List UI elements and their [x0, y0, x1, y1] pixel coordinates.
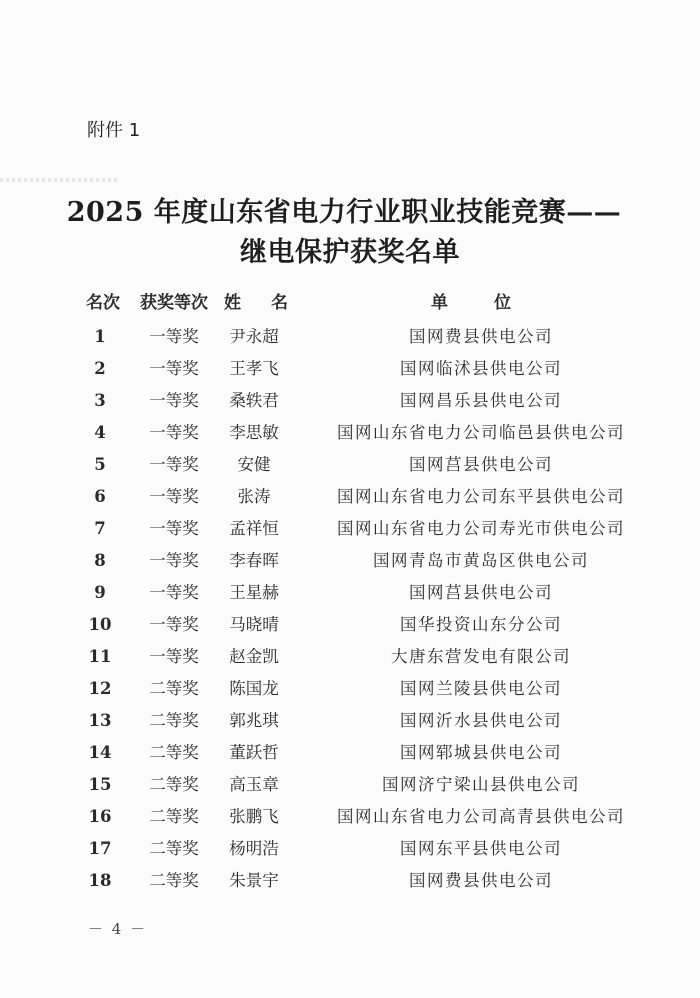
rank-cell: 13 [70, 706, 130, 736]
level-cell: 二等奖 [128, 706, 220, 736]
scan-artifact [0, 178, 120, 182]
name-cell: 马晓晴 [214, 610, 294, 640]
header-name: 姓 名 [214, 288, 302, 318]
table-body: 1一等奖尹永超国网费县供电公司2一等奖王孝飞国网临沭县供电公司3一等奖桑轶君国网… [0, 322, 700, 898]
name-cell: 孟祥恒 [214, 514, 294, 544]
rank-cell: 17 [70, 834, 130, 864]
rank-cell: 5 [70, 450, 130, 480]
name-cell: 李春晖 [214, 546, 294, 576]
name-cell: 陈国龙 [214, 674, 294, 704]
rank-cell: 2 [70, 354, 130, 384]
table-row: 18二等奖朱景宇国网费县供电公司 [0, 866, 700, 898]
unit-cell: 国网临沭县供电公司 [320, 354, 642, 384]
table-row: 5一等奖安健国网莒县供电公司 [0, 450, 700, 482]
attachment-label: 附件 1 [87, 116, 140, 142]
table-row: 11一等奖赵金凯大唐东营发电有限公司 [0, 642, 700, 674]
level-cell: 一等奖 [128, 450, 220, 480]
table-row: 7一等奖孟祥恒国网山东省电力公司寿光市供电公司 [0, 514, 700, 546]
rank-cell: 7 [70, 514, 130, 544]
level-cell: 二等奖 [128, 770, 220, 800]
rank-cell: 1 [70, 322, 130, 352]
unit-cell: 国网青岛市黄岛区供电公司 [320, 546, 642, 576]
level-cell: 一等奖 [128, 546, 220, 576]
header-unit: 单 位 [320, 288, 642, 318]
rank-cell: 16 [70, 802, 130, 832]
table-header: 名次 获奖等次 姓 名 单 位 [0, 288, 700, 322]
unit-cell: 国网莒县供电公司 [320, 578, 642, 608]
table-row: 13二等奖郭兆琪国网沂水县供电公司 [0, 706, 700, 738]
unit-cell: 国网郓城县供电公司 [320, 738, 642, 768]
rank-cell: 4 [70, 418, 130, 448]
name-cell: 王孝飞 [214, 354, 294, 384]
level-cell: 二等奖 [128, 738, 220, 768]
table-row: 14二等奖董跃哲国网郓城县供电公司 [0, 738, 700, 770]
name-cell: 张涛 [214, 482, 294, 512]
rank-cell: 11 [70, 642, 130, 672]
name-cell: 赵金凯 [214, 642, 294, 672]
level-cell: 一等奖 [128, 482, 220, 512]
level-cell: 一等奖 [128, 610, 220, 640]
name-cell: 杨明浩 [214, 834, 294, 864]
name-cell: 张鹏飞 [214, 802, 294, 832]
level-cell: 一等奖 [128, 642, 220, 672]
table-row: 1一等奖尹永超国网费县供电公司 [0, 322, 700, 354]
level-cell: 二等奖 [128, 866, 220, 896]
unit-cell: 国网兰陵县供电公司 [320, 674, 642, 704]
rank-cell: 18 [70, 866, 130, 896]
table-row: 15二等奖高玉章国网济宁梁山县供电公司 [0, 770, 700, 802]
table-row: 17二等奖杨明浩国网东平县供电公司 [0, 834, 700, 866]
level-cell: 二等奖 [128, 834, 220, 864]
table-row: 6一等奖张涛国网山东省电力公司东平县供电公司 [0, 482, 700, 514]
name-cell: 桑轶君 [214, 386, 294, 416]
unit-cell: 国网昌乐县供电公司 [320, 386, 642, 416]
document-title-line2: 继电保护获奖名单 [0, 230, 700, 269]
unit-cell: 国网东平县供电公司 [320, 834, 642, 864]
name-cell: 王星赫 [214, 578, 294, 608]
document-title-line1: 2025 年度山东省电力行业职业技能竞赛—— [0, 190, 694, 229]
unit-cell: 国网山东省电力公司东平县供电公司 [320, 482, 642, 512]
table-row: 2一等奖王孝飞国网临沭县供电公司 [0, 354, 700, 386]
rank-cell: 8 [70, 546, 130, 576]
unit-cell: 国网沂水县供电公司 [320, 706, 642, 736]
table-row: 10一等奖马晓晴国华投资山东分公司 [0, 610, 700, 642]
unit-cell: 国网莒县供电公司 [320, 450, 642, 480]
unit-cell: 大唐东营发电有限公司 [320, 642, 642, 672]
name-cell: 尹永超 [214, 322, 294, 352]
unit-cell: 国网费县供电公司 [320, 322, 642, 352]
table-row: 3一等奖桑轶君国网昌乐县供电公司 [0, 386, 700, 418]
level-cell: 一等奖 [128, 578, 220, 608]
header-level: 获奖等次 [128, 288, 220, 318]
page-number: － 4 － [88, 918, 147, 939]
name-cell: 董跃哲 [214, 738, 294, 768]
unit-cell: 国网山东省电力公司临邑县供电公司 [320, 418, 642, 448]
rank-cell: 6 [70, 482, 130, 512]
name-cell: 安健 [214, 450, 294, 480]
unit-cell: 国网山东省电力公司寿光市供电公司 [320, 514, 642, 544]
rank-cell: 12 [70, 674, 130, 704]
name-cell: 李思敏 [214, 418, 294, 448]
rank-cell: 3 [70, 386, 130, 416]
rank-cell: 14 [70, 738, 130, 768]
rank-cell: 9 [70, 578, 130, 608]
name-cell: 高玉章 [214, 770, 294, 800]
level-cell: 二等奖 [128, 674, 220, 704]
header-rank: 名次 [70, 288, 136, 318]
level-cell: 二等奖 [128, 802, 220, 832]
award-table: 名次 获奖等次 姓 名 单 位 1一等奖尹永超国网费县供电公司2一等奖王孝飞国网… [0, 288, 700, 898]
name-cell: 郭兆琪 [214, 706, 294, 736]
rank-cell: 10 [70, 610, 130, 640]
level-cell: 一等奖 [128, 514, 220, 544]
table-row: 16二等奖张鹏飞国网山东省电力公司高青县供电公司 [0, 802, 700, 834]
level-cell: 一等奖 [128, 418, 220, 448]
level-cell: 一等奖 [128, 354, 220, 384]
table-row: 9一等奖王星赫国网莒县供电公司 [0, 578, 700, 610]
unit-cell: 国网济宁梁山县供电公司 [320, 770, 642, 800]
unit-cell: 国网山东省电力公司高青县供电公司 [320, 802, 642, 832]
unit-cell: 国网费县供电公司 [320, 866, 642, 896]
rank-cell: 15 [70, 770, 130, 800]
level-cell: 一等奖 [128, 322, 220, 352]
table-row: 12二等奖陈国龙国网兰陵县供电公司 [0, 674, 700, 706]
name-cell: 朱景宇 [214, 866, 294, 896]
level-cell: 一等奖 [128, 386, 220, 416]
table-row: 4一等奖李思敏国网山东省电力公司临邑县供电公司 [0, 418, 700, 450]
unit-cell: 国华投资山东分公司 [320, 610, 642, 640]
table-row: 8一等奖李春晖国网青岛市黄岛区供电公司 [0, 546, 700, 578]
